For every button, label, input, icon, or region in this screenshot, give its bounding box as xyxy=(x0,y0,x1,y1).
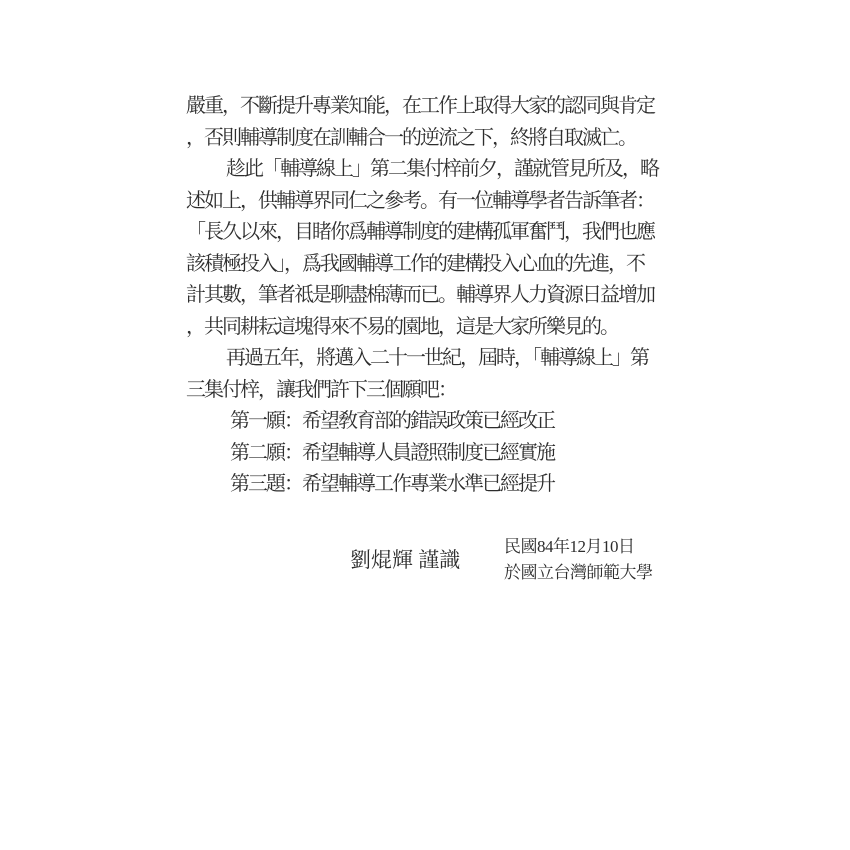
body-line: 三集付梓，讓我們許下三個願吧： xyxy=(186,375,656,407)
signature-author: 劉焜輝 謹識 xyxy=(350,544,460,574)
signature-date: 民國84年12月10日 xyxy=(504,534,653,560)
body-line: 「長久以來，目睹你爲輔導制度的建構孤軍奮鬥，我們也應 xyxy=(186,217,656,249)
body-line: 該積極投入」，爲我國輔導工作的建構投入心血的先進，不 xyxy=(186,249,656,281)
body-line: 計其數，筆者祗是聊盡棉薄而已。輔導界人力資源日益增加 xyxy=(186,280,656,312)
wish-line-1: 第一願：希望敎育部的錯誤政策已經改正 xyxy=(186,406,656,438)
body-line: ，否則輔導制度在訓輔合一的逆流之下，終將自取滅亡。 xyxy=(186,123,656,155)
scanned-page: 嚴重，不斷提升專業知能，在工作上取得大家的認同與肯定 ，否則輔導制度在訓輔合一的… xyxy=(0,0,850,850)
body-line: ，共同耕耘這塊得來不易的園地，這是大家所樂見的。 xyxy=(186,312,656,344)
signature-meta: 民國84年12月10日 於國立台灣師範大學 xyxy=(504,534,653,586)
body-line: 嚴重，不斷提升專業知能，在工作上取得大家的認同與肯定 xyxy=(186,91,656,123)
body-text: 嚴重，不斷提升專業知能，在工作上取得大家的認同與肯定 ，否則輔導制度在訓輔合一的… xyxy=(186,91,656,501)
body-line: 趁此「輔導線上」第二集付梓前夕，謹就管見所及，略 xyxy=(186,154,656,186)
signature-place: 於國立台灣師範大學 xyxy=(504,560,653,586)
wish-line-3: 第三題：希望輔導工作專業水準已經提升 xyxy=(186,469,656,501)
body-line: 再過五年，將邁入二十一世紀，屆時，「輔導線上」第 xyxy=(186,343,656,375)
wish-line-2: 第二願：希望輔導人員證照制度已經實施 xyxy=(186,438,656,470)
body-line: 述如上，供輔導界同仁之參考。有一位輔導學者告訴筆者： xyxy=(186,186,656,218)
